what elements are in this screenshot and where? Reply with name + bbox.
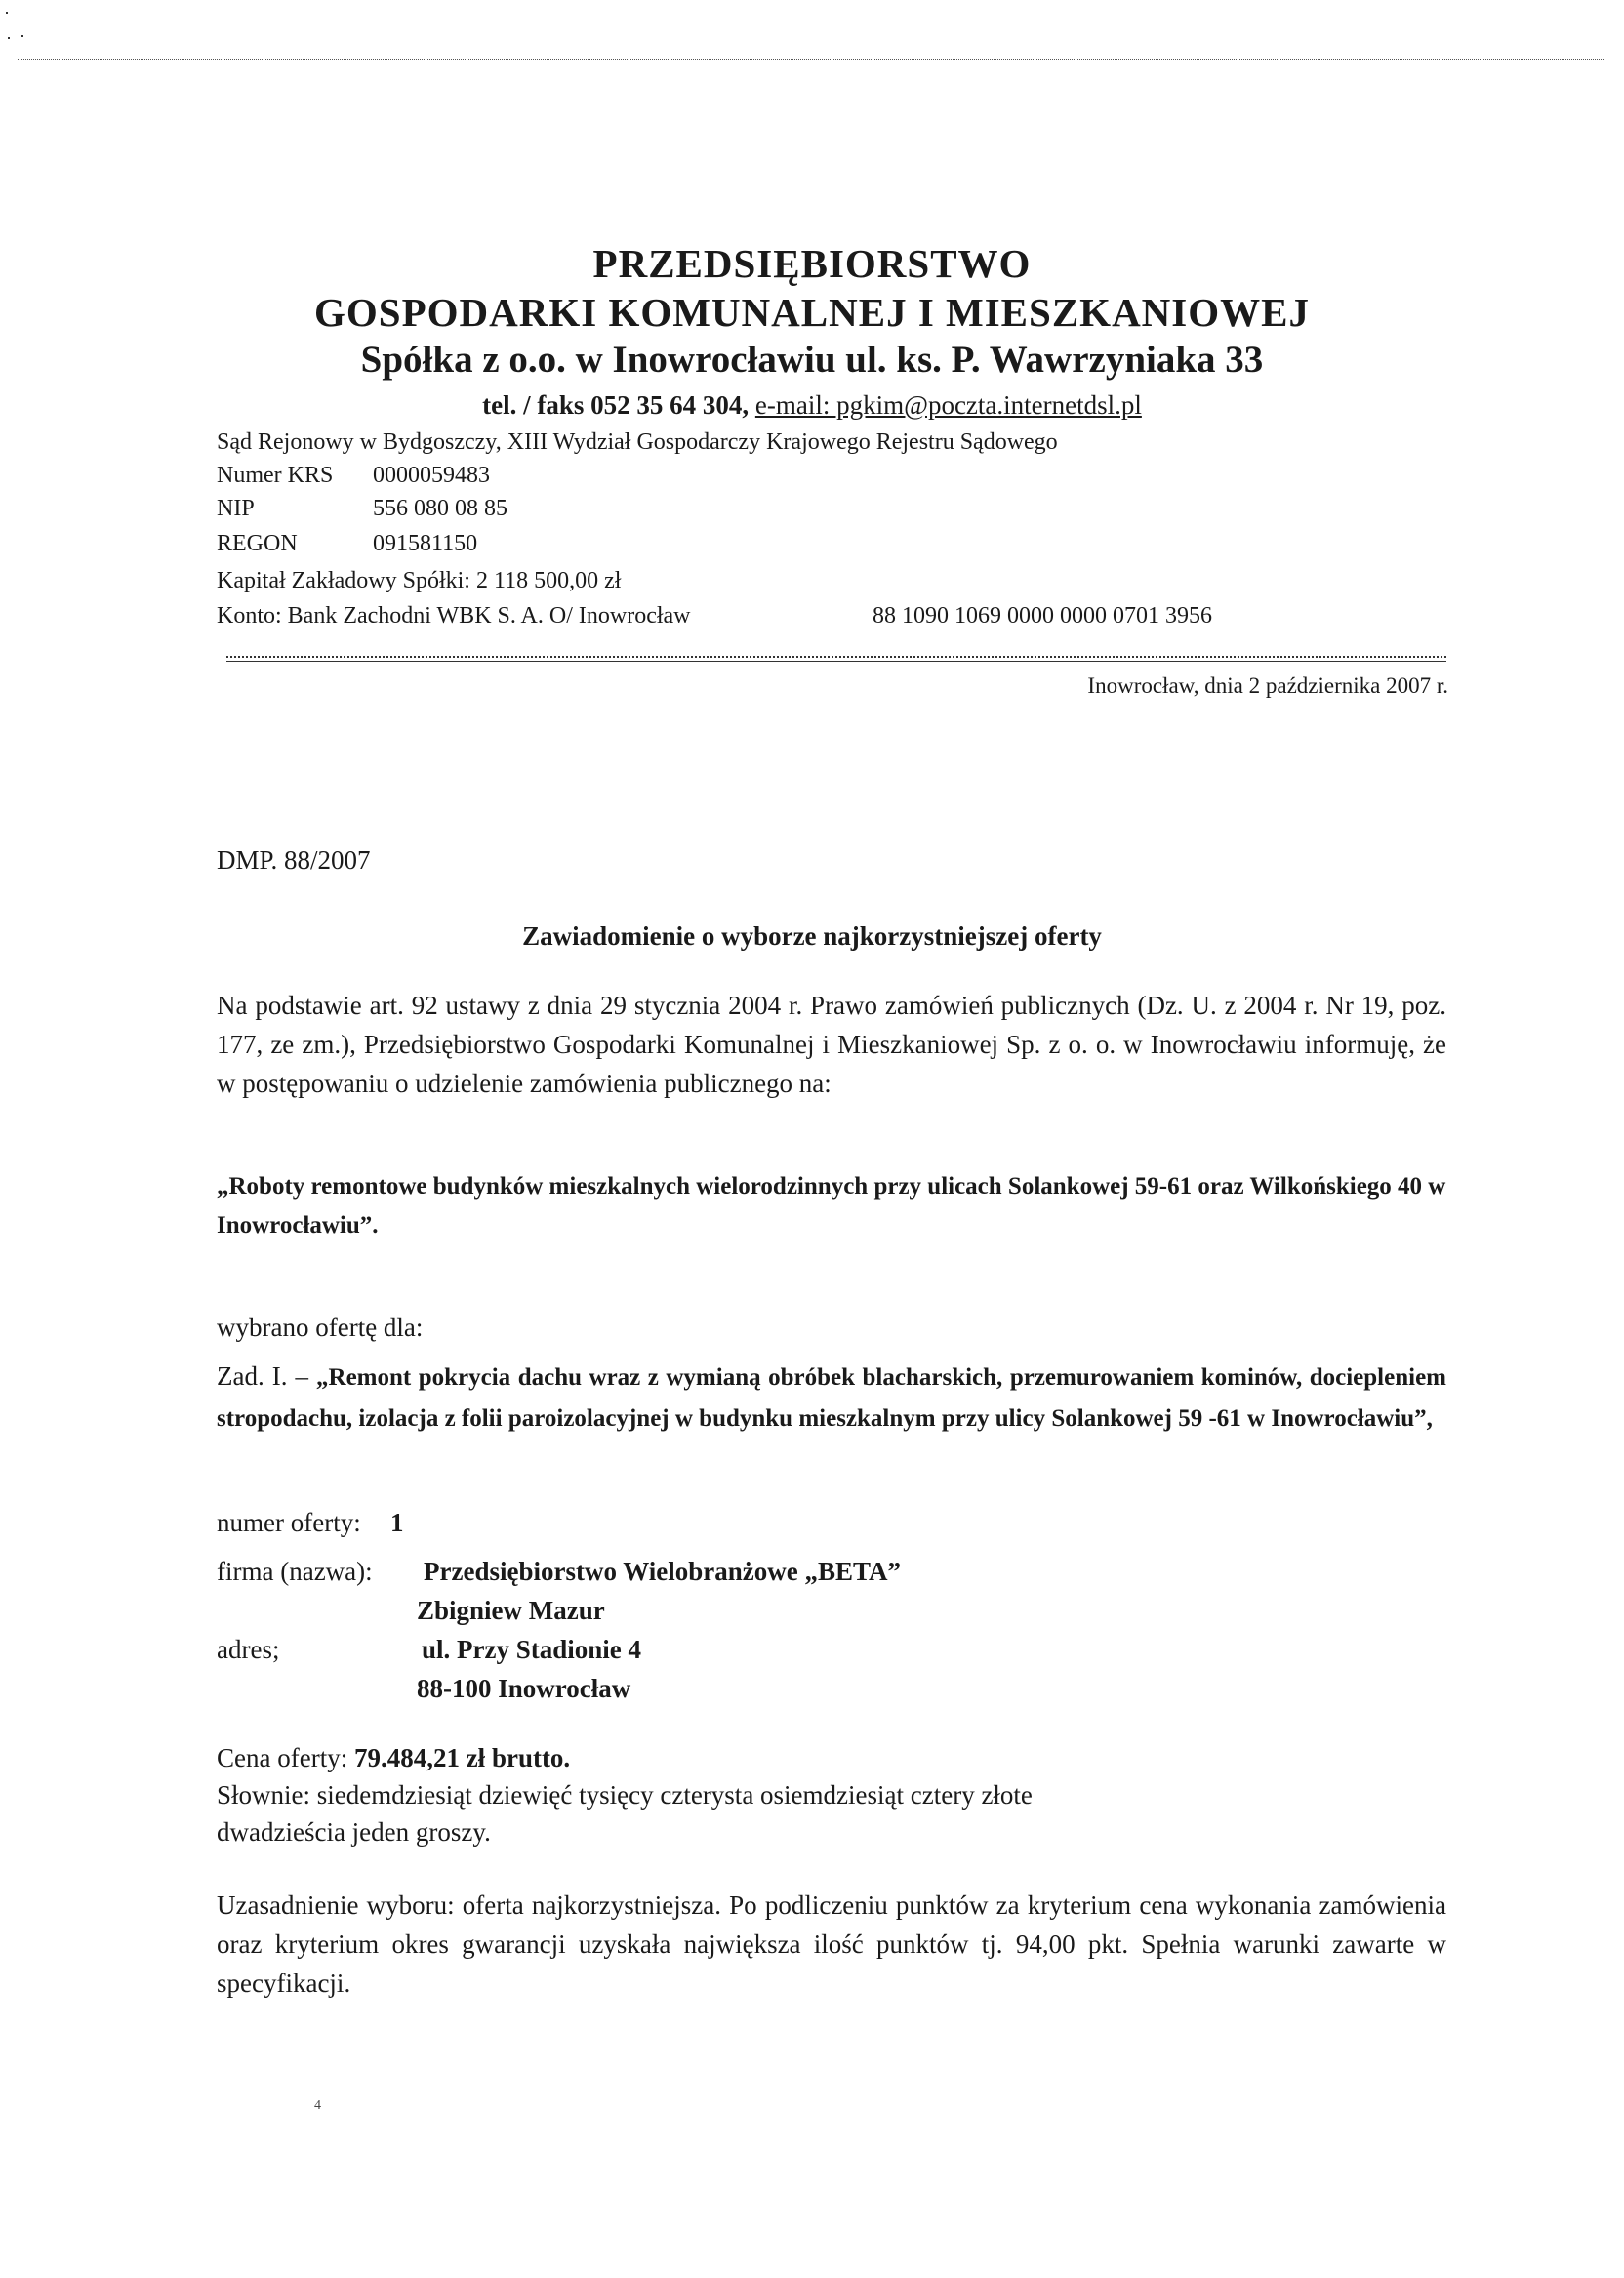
company-label: firma (nazwa):	[217, 1552, 373, 1591]
offer-number-value: 1	[390, 1503, 404, 1542]
reference-number: DMP. 88/2007	[217, 845, 371, 875]
company-name: Przedsiębiorstwo Wielobranżowe „BETA”	[424, 1552, 901, 1591]
margin-mark: 4	[314, 2098, 321, 2114]
regon-value: 091581150	[373, 531, 477, 556]
phone-fax: tel. / faks 052 35 64 304,	[482, 390, 749, 420]
task-prefix: Zad. I. –	[217, 1362, 316, 1391]
nip-value: 556 080 08 85	[373, 496, 507, 521]
bank-account: 88 1090 1069 0000 0000 0701 3956	[873, 599, 1212, 632]
price-line: Cena oferty: 79.484,21 zł brutto.	[217, 1739, 1033, 1776]
price-section: Cena oferty: 79.484,21 zł brutto. Słowni…	[217, 1739, 1033, 1851]
registry-krs: Numer KRS0000059483	[217, 459, 490, 492]
scan-speck	[21, 35, 23, 37]
letterhead-company-line1: PRZEDSIĘBIORSTWO	[0, 240, 1624, 287]
company-owner: Zbigniew Mazur	[417, 1591, 605, 1630]
date-line: Inowrocław, dnia 2 października 2007 r.	[1087, 673, 1448, 699]
scan-artifact-line	[18, 59, 1604, 60]
price-label: Cena oferty:	[217, 1743, 347, 1772]
address-street: ul. Przy Stadionie 4	[422, 1630, 641, 1669]
price-value: 79.484,21 zł brutto.	[354, 1743, 570, 1772]
krs-label: Numer KRS	[217, 459, 373, 492]
krs-value: 0000059483	[373, 463, 490, 488]
letterhead-address: Spółka z o.o. w Inowrocławiu ul. ks. P. …	[0, 338, 1624, 382]
selected-for-label: wybrano ofertę dla:	[217, 1308, 1446, 1347]
letterhead-contact: tel. / faks 052 35 64 304, e-mail: pgkim…	[0, 390, 1624, 421]
registry-bank: Konto: Bank Zachodni WBK S. A. O/ Inowro…	[217, 599, 1446, 632]
scan-speck	[6, 12, 8, 14]
task-description: Zad. I. – „Remont pokrycia dachu wraz z …	[217, 1357, 1446, 1439]
header-divider	[226, 656, 1446, 662]
nip-label: NIP	[217, 492, 373, 525]
letterhead-company-line2: GOSPODARKI KOMUNALNEJ I MIESZKANIOWEJ	[0, 289, 1624, 336]
address-label: adres;	[217, 1630, 279, 1669]
document-title: Zawiadomienie o wyborze najkorzystniejsz…	[0, 921, 1624, 952]
justification-paragraph: Uzasadnienie wyboru: oferta najkorzystni…	[217, 1886, 1446, 2003]
offer-number-label: numer oferty:	[217, 1503, 361, 1542]
email-link[interactable]: e-mail: pgkim@poczta.internetdsl.pl	[755, 390, 1142, 420]
bank-name: Konto: Bank Zachodni WBK S. A. O/ Inowro…	[217, 603, 691, 629]
price-words-line2: dwadzieścia jeden groszy.	[217, 1813, 1033, 1851]
registry-capital: Kapitał Zakładowy Spółki: 2 118 500,00 z…	[217, 564, 621, 597]
scan-speck	[8, 37, 10, 39]
registry-nip: NIP556 080 08 85	[217, 492, 507, 525]
address-city: 88-100 Inowrocław	[417, 1669, 630, 1708]
price-words-line1: Słownie: siedemdziesiąt dziewięć tysięcy…	[217, 1776, 1033, 1813]
regon-label: REGON	[217, 527, 373, 560]
contract-name: „Roboty remontowe budynków mieszkalnych …	[217, 1167, 1446, 1245]
task-name: „Remont pokrycia dachu wraz z wymianą ob…	[217, 1364, 1446, 1432]
intro-paragraph: Na podstawie art. 92 ustawy z dnia 29 st…	[217, 986, 1446, 1103]
registry-court: Sąd Rejonowy w Bydgoszczy, XIII Wydział …	[217, 426, 1058, 459]
registry-regon: REGON091581150	[217, 527, 477, 560]
